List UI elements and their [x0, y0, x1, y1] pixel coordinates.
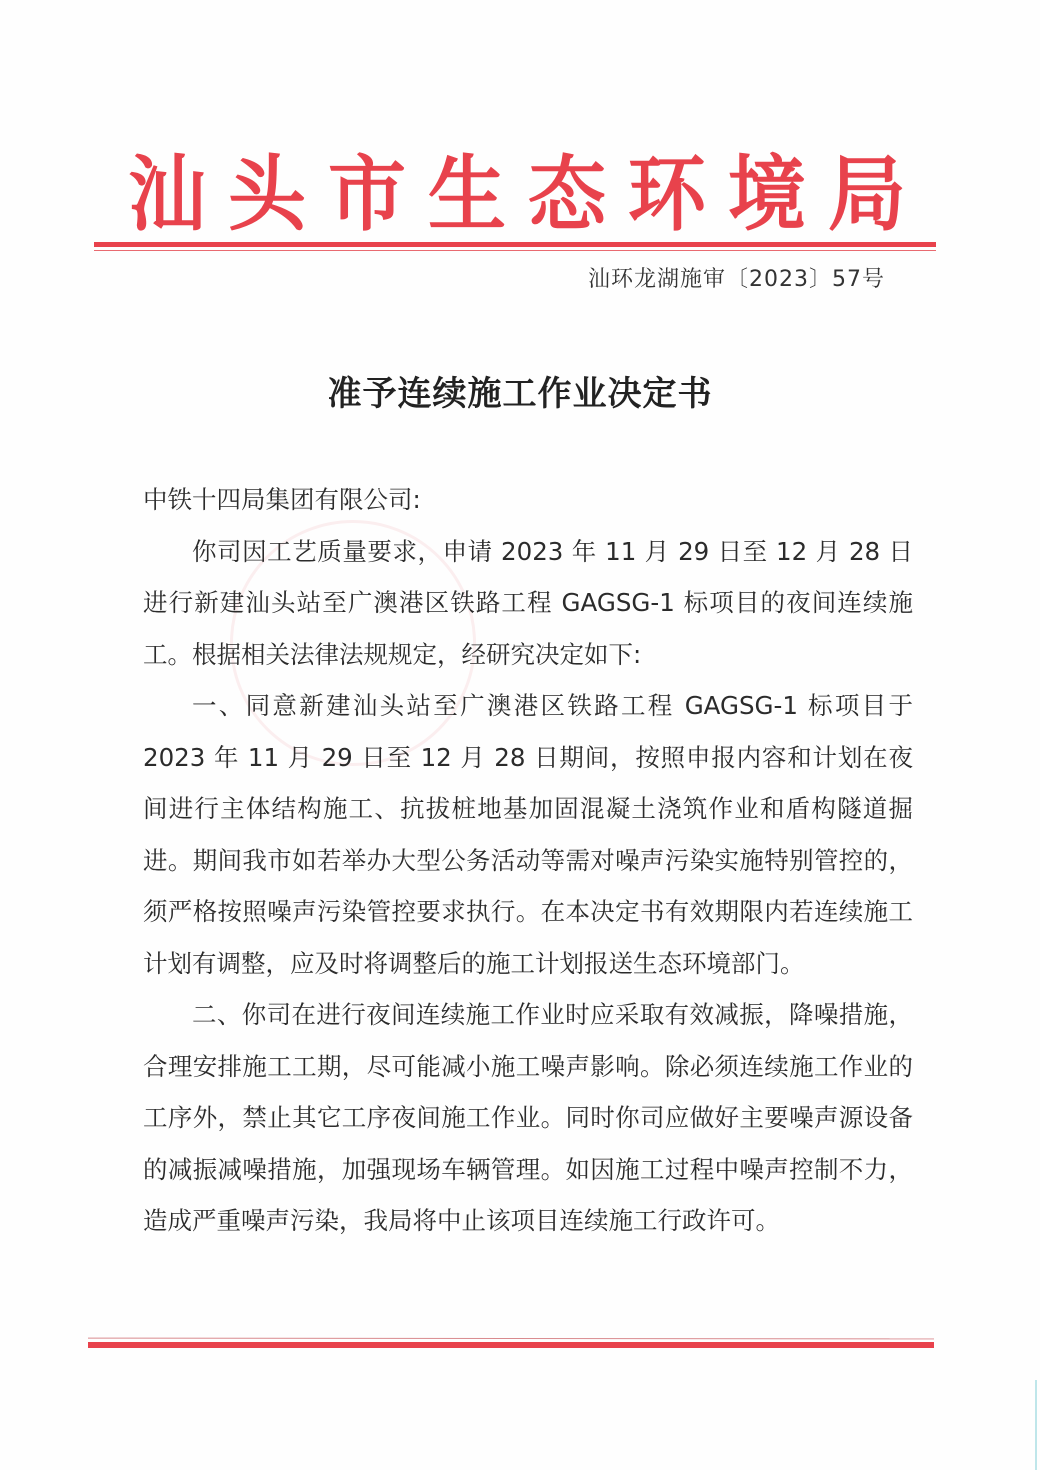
body-paragraph: 一、同意新建汕头站至广澳港区铁路工程 GAGSG-1 标项目于 2023 年 1… [143, 680, 913, 989]
masthead-char: 头 [228, 129, 308, 247]
document-title: 准予连续施工作业决定书 [0, 366, 1040, 415]
masthead-char: 生 [428, 129, 508, 247]
header-divider-thin [94, 250, 936, 251]
masthead-char: 态 [528, 129, 608, 247]
body-paragraph: 二、你司在进行夜间连续施工作业时应采取有效减振，降噪措施，合理安排施工工期，尽可… [143, 989, 913, 1247]
masthead-char: 境 [728, 129, 808, 247]
footer-divider-thin [88, 1338, 934, 1340]
body-paragraph: 你司因工艺质量要求，申请 2023 年 11 月 29 日至 12 月 28 日… [143, 526, 913, 681]
masthead-char: 汕 [128, 129, 208, 247]
footer-divider-thick [88, 1342, 934, 1348]
masthead-char: 局 [828, 129, 908, 247]
document-page: 汕 头 市 生 态 环 境 局 汕环龙湖施审〔2023〕57号 准予连续施工作业… [0, 0, 1040, 1470]
agency-masthead: 汕 头 市 生 态 环 境 局 [128, 140, 908, 235]
masthead-char: 市 [328, 129, 408, 247]
document-body: 中铁十四局集团有限公司: 你司因工艺质量要求，申请 2023 年 11 月 29… [143, 474, 913, 1247]
masthead-char: 环 [628, 129, 708, 247]
document-number: 汕环龙湖施审〔2023〕57号 [588, 262, 885, 293]
header-divider-thick [94, 242, 936, 247]
scan-edge-mark [1035, 1380, 1037, 1470]
salutation: 中铁十四局集团有限公司: [143, 474, 913, 526]
